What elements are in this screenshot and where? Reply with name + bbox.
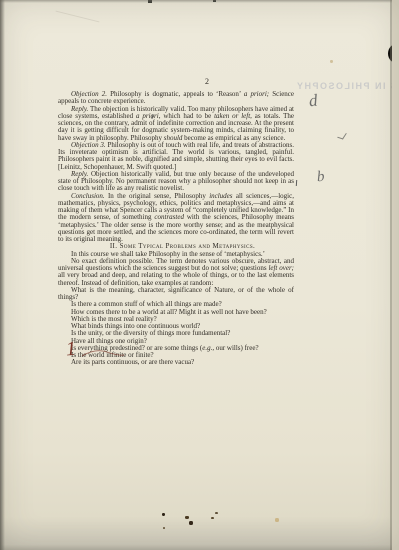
speckle — [215, 512, 218, 514]
page-right-fold — [390, 0, 392, 550]
page-top-edge — [0, 0, 399, 3]
page-number: 2 — [199, 77, 215, 86]
post-paragraphs: In this course we shall take Philosophy … — [58, 251, 294, 287]
margin-note-b: b — [316, 169, 325, 186]
intro-paragraphs: Objection 2. Philosophy is dogmatic, app… — [58, 91, 294, 243]
stain — [330, 60, 333, 63]
margin-note-d: d — [308, 91, 319, 112]
body-text-column: Objection 2. Philosophy is dogmatic, app… — [58, 91, 294, 367]
paragraph: No exact definition possible. The term d… — [58, 258, 294, 287]
page-left-edge — [0, 0, 5, 550]
stray-pencil-mark — [337, 132, 347, 140]
speckle — [163, 527, 165, 529]
paragraph: Objection 3. Philosophy is out of touch … — [58, 142, 294, 171]
speckle — [211, 517, 214, 519]
question: What is the meaning, character, signific… — [58, 287, 294, 302]
paragraph: Reply. The objection is historically val… — [58, 106, 294, 142]
speckle — [162, 513, 165, 516]
page-right-margin-strip — [392, 0, 399, 550]
margin-note-1: 1 — [65, 338, 77, 362]
scanned-page: 2 SYLLABUS IN PHILOSOPHY Objection 2. Ph… — [0, 0, 399, 550]
speckle — [185, 516, 189, 519]
paragraph: Reply. Objection historically valid, but… — [58, 171, 294, 193]
margin-note-1-flourish — [81, 347, 125, 360]
paper-crease — [56, 11, 100, 23]
stain — [275, 518, 279, 522]
speckle — [189, 521, 193, 525]
insertion-caret-leibnitz — [296, 180, 297, 186]
paragraph: Conclusion. In the original sense, Philo… — [58, 193, 294, 244]
paragraph: Objection 2. Philosophy is dogmatic, app… — [58, 91, 294, 106]
question: Are its parts continuous, or are there v… — [58, 359, 294, 366]
